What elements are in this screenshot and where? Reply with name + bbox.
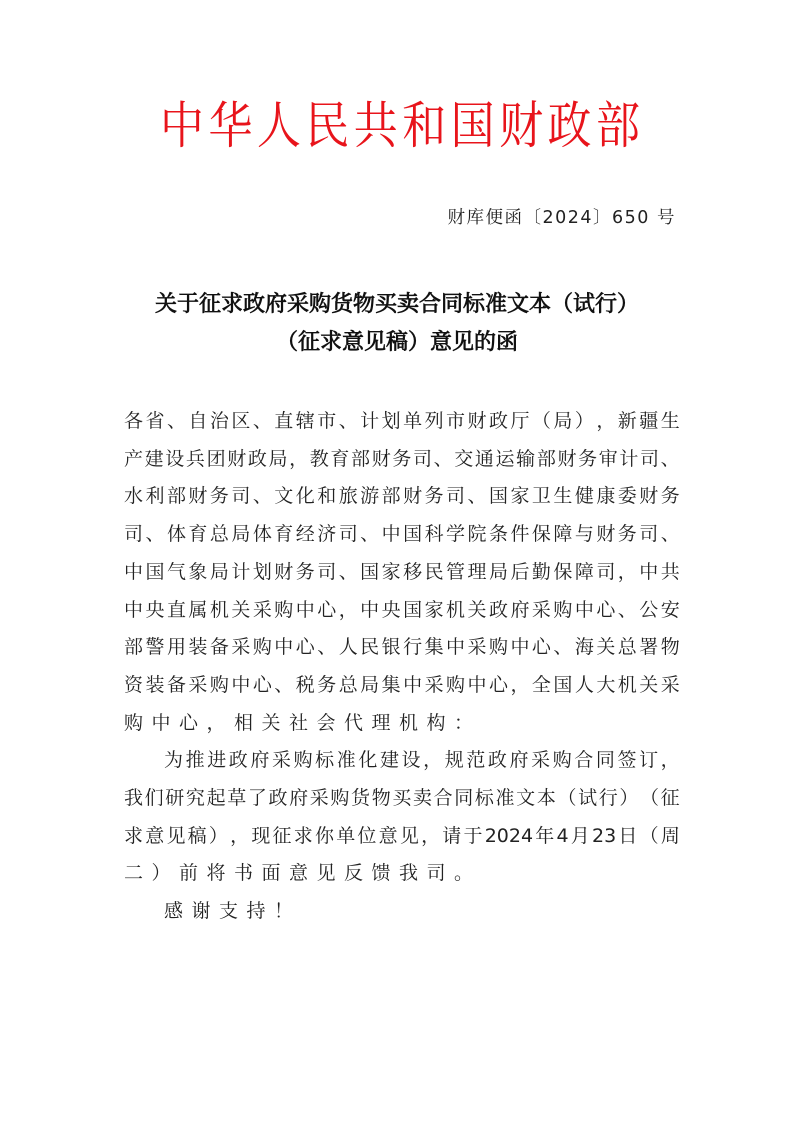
body-line: 为推进政府采购标准化建设，规范政府采购合同签订， xyxy=(164,745,680,775)
letterhead-char: 人 xyxy=(257,93,301,162)
addressee-line: 司、体育总局体育经济司、中国科学院条件保障与财务司、 xyxy=(124,519,680,549)
letterhead-char: 部 xyxy=(596,93,640,162)
addressee-line: 水利部财务司、文化和旅游部财务司、国家卫生健康委财务 xyxy=(124,481,680,511)
title-line-2: （征求意见稿）意见的函 xyxy=(0,325,794,356)
addressee-line: 中央直属机关采购中心，中央国家机关政府采购中心、公安 xyxy=(124,595,680,625)
body-line: 二）前将书面意见反馈我司。 xyxy=(124,858,680,888)
letterhead-char: 共 xyxy=(354,93,398,162)
body-line: 求意见稿），现征求你单位意见，请于2024年4月23日（周 xyxy=(124,821,680,851)
addressee-line: 中国气象局计划财务司、国家移民管理局后勤保障司，中共 xyxy=(124,557,680,587)
letterhead-char: 国 xyxy=(451,93,495,162)
body-line: 我们研究起草了政府采购货物买卖合同标准文本（试行）（征 xyxy=(124,783,680,813)
closing-line: 感谢支持！ xyxy=(164,896,680,926)
letterhead-char: 财 xyxy=(499,93,543,162)
letterhead: 中华人民共和国财政部 xyxy=(160,92,640,162)
addressee-line: 资装备采购中心、税务总局集中采购中心，全国人大机关采 xyxy=(124,670,680,700)
title-line-1: 关于征求政府采购货物买卖合同标准文本（试行） xyxy=(0,287,794,318)
letterhead-char: 华 xyxy=(208,93,252,162)
letterhead-char: 政 xyxy=(548,93,592,162)
letterhead-char: 中 xyxy=(160,93,204,162)
addressee-line: 产建设兵团财政局，教育部财务司、交通运输部财务审计司、 xyxy=(124,444,680,474)
addressee-line: 各省、自治区、直辖市、计划单列市财政厅（局），新疆生 xyxy=(124,406,680,436)
document-number: 财库便函〔2024〕650 号 xyxy=(447,204,676,229)
letterhead-char: 和 xyxy=(402,93,446,162)
addressee-line: 部警用装备采购中心、人民银行集中采购中心、海关总署物 xyxy=(124,632,680,662)
addressee-line: 购中心，相关社会代理机构： xyxy=(124,708,680,738)
letterhead-char: 民 xyxy=(305,93,349,162)
